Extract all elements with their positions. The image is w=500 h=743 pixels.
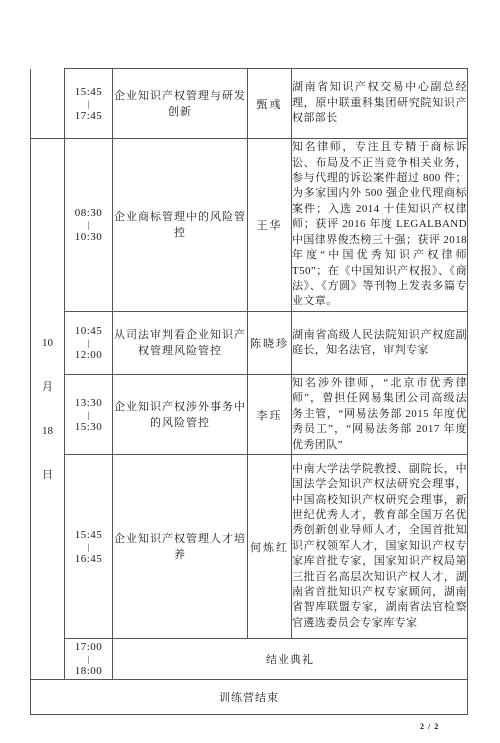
time-start: 10:45 <box>65 324 112 338</box>
speaker-cell: 何炼红 <box>248 455 292 639</box>
bio-cell: 知名涉外律师，“北京市优秀律师”，曾担任网易集团公司高级法务主管，“网易法务部 … <box>292 375 468 455</box>
topic-cell: 企业知识产权涉外事务中的风险管控 <box>113 375 248 455</box>
time-cell: 15:45 | 17:45 <box>65 69 113 139</box>
time-start: 08:30 <box>65 206 112 220</box>
table-row: 10 月 18 日 08:30 | 10:30 企业商标管理中的风险管控 王华 … <box>31 139 468 312</box>
date-line: 10 <box>42 321 53 365</box>
speaker-cell: 王华 <box>248 139 292 312</box>
date-line: 月 <box>42 365 53 409</box>
time-cell: 10:45 | 12:00 <box>65 312 113 375</box>
time-start: 15:45 <box>65 528 112 542</box>
topic-cell: 企业知识产权管理与研发创新 <box>113 69 248 139</box>
time-end: 16:45 <box>65 552 112 566</box>
topic-cell: 从司法审判看企业知识产权管理风险管控 <box>113 312 248 375</box>
time-separator: | <box>65 99 112 109</box>
time-end: 12:00 <box>65 348 112 362</box>
topic-cell: 企业商标管理中的风险管控 <box>113 139 248 312</box>
bio-cell: 湖南省知识产权交易中心副总经理，原中联重科集团研究院知识产权部部长 <box>292 69 468 139</box>
time-separator: | <box>65 220 112 230</box>
time-cell: 13:30 | 15:30 <box>65 375 113 455</box>
speaker-cell: 陈晓珍 <box>248 312 292 375</box>
time-cell: 15:45 | 16:45 <box>65 455 113 639</box>
time-start: 13:30 <box>65 396 112 410</box>
time-cell: 08:30 | 10:30 <box>65 139 113 312</box>
document-page: 15:45 | 17:45 企业知识产权管理与研发创新 甄彧 湖南省知识产权交易… <box>0 0 500 743</box>
time-end: 10:30 <box>65 230 112 244</box>
date-line: 18 <box>42 409 53 453</box>
ceremony-cell: 结业典礼 <box>113 639 468 680</box>
speaker-cell: 李珏 <box>248 375 292 455</box>
table-row: 13:30 | 15:30 企业知识产权涉外事务中的风险管控 李珏 知名涉外律师… <box>31 375 468 455</box>
table-row-ceremony: 17:00 | 18:00 结业典礼 <box>31 639 468 680</box>
table-row: 15:45 | 16:45 企业知识产权管理人才培养 何炼红 中南大学法学院教授… <box>31 455 468 639</box>
time-start: 15:45 <box>65 85 112 99</box>
bio-cell: 湖南省高级人民法院知识产权庭副庭长，知名法官，审判专家 <box>292 312 468 375</box>
schedule-table: 15:45 | 17:45 企业知识产权管理与研发创新 甄彧 湖南省知识产权交易… <box>30 68 468 715</box>
time-separator: | <box>65 542 112 552</box>
speaker-cell: 甄彧 <box>248 69 292 139</box>
time-separator: | <box>65 410 112 420</box>
time-separator: | <box>65 338 112 348</box>
date-cell-continued <box>31 69 65 139</box>
topic-cell: 企业知识产权管理人才培养 <box>113 455 248 639</box>
date-line: 日 <box>42 453 53 497</box>
time-start: 17:00 <box>65 640 112 654</box>
table-row: 15:45 | 17:45 企业知识产权管理与研发创新 甄彧 湖南省知识产权交易… <box>31 69 468 139</box>
time-separator: | <box>65 654 112 664</box>
date-cell-oct-18: 10 月 18 日 <box>31 139 65 680</box>
camp-end-cell: 训练营结束 <box>31 680 468 715</box>
time-end: 17:45 <box>65 109 112 123</box>
time-end: 15:30 <box>65 420 112 434</box>
time-end: 18:00 <box>65 664 112 678</box>
bio-cell: 知名律师，专注且专精于商标诉讼、布局及不正当竞争相关业务，参与代理的诉讼案件超过… <box>292 139 468 312</box>
time-cell: 17:00 | 18:00 <box>65 639 113 680</box>
page-number: 2 / 2 <box>420 722 439 731</box>
bio-cell: 中南大学法学院教授、副院长，中国法学会知识产权法研究会理事，中国高校知识产权研究… <box>292 455 468 639</box>
table-row: 10:45 | 12:00 从司法审判看企业知识产权管理风险管控 陈晓珍 湖南省… <box>31 312 468 375</box>
table-row-footer: 训练营结束 <box>31 680 468 715</box>
date-stack: 10 月 18 日 <box>31 321 64 497</box>
